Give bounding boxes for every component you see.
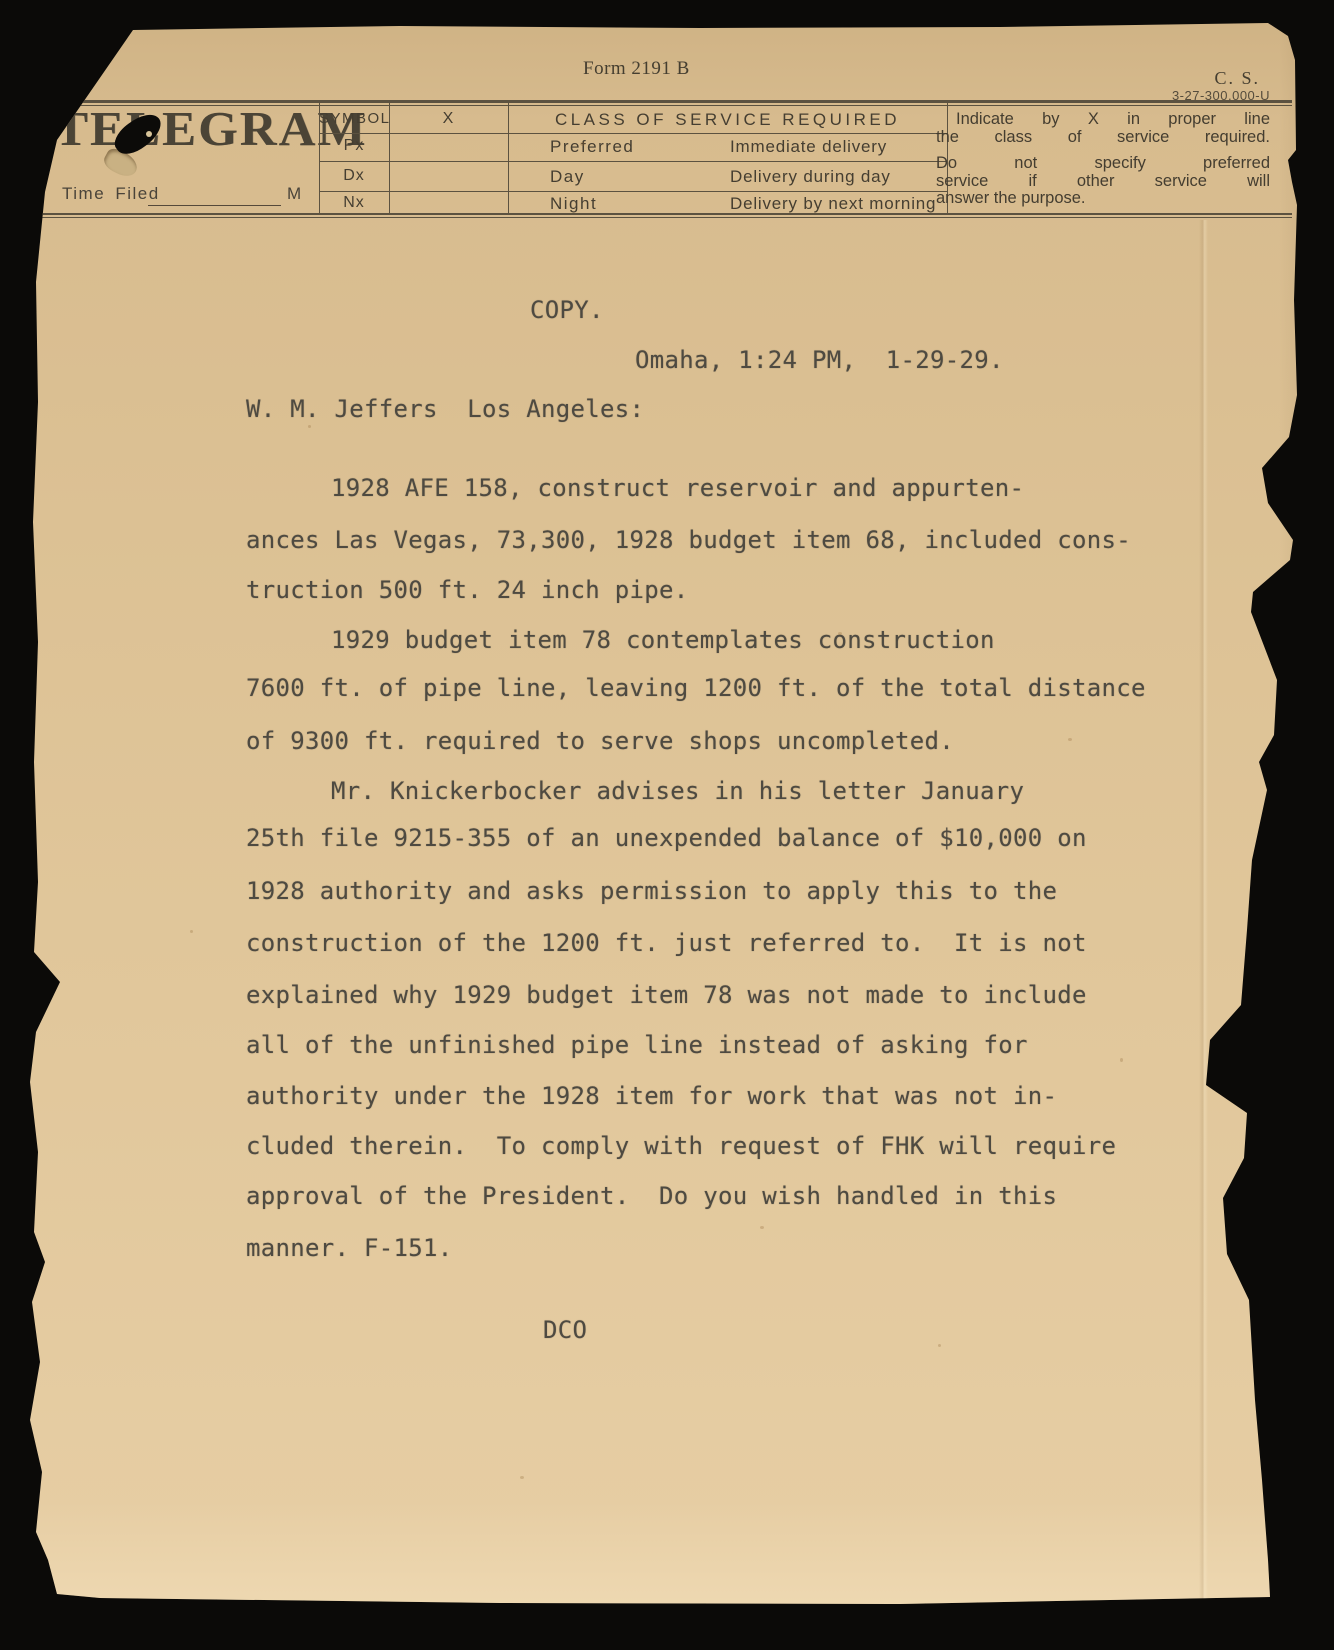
instruction-line: Do not specify preferred — [936, 155, 1270, 173]
class-of-service-abbrev: C. S. — [1150, 68, 1260, 89]
paper-fleck — [520, 1476, 524, 1479]
table-row-line-3 — [319, 191, 948, 192]
message-line: 1929 budget item 78 contemplates constru… — [331, 626, 995, 654]
message-line: all of the unfinished pipe line instead … — [246, 1031, 1028, 1059]
fold-crease — [1199, 220, 1208, 1600]
message-line: 1928 authority and asks permission to ap… — [246, 877, 1057, 905]
scan-background: Form 2191 B C. S. 3-27-300,000-U TELEGRA… — [0, 0, 1334, 1650]
symbol-column-header: SYMBOL — [319, 110, 389, 127]
paper-fleck — [1120, 1058, 1123, 1062]
paper-fleck — [1068, 738, 1072, 741]
instruction-line: service if other service will — [936, 173, 1270, 191]
message-line: of 9300 ft. required to serve shops unco… — [246, 727, 954, 755]
message-line: construction of the 1200 ft. just referr… — [246, 929, 1087, 957]
message-line: 1928 AFE 158, construct reservoir and ap… — [331, 474, 1024, 502]
symbol-cell-day: Dx — [319, 167, 389, 185]
time-filed-underline — [148, 205, 281, 206]
message-line: explained why 1929 budget item 78 was no… — [246, 981, 1087, 1009]
message-line: authority under the 1928 item for work t… — [246, 1082, 1057, 1110]
message-line-recipient: W. M. Jeffers Los Angeles: — [246, 395, 644, 423]
paper-fleck — [414, 545, 417, 549]
table-row-line-1 — [319, 133, 948, 134]
message-signature: DCO — [543, 1316, 587, 1344]
service-instructions: Indicate by X in proper line the class o… — [936, 111, 1270, 208]
paper-fleck — [760, 1226, 764, 1229]
bottom-rule-thin — [40, 217, 1292, 218]
message-line: Mr. Knickerbocker advises in his letter … — [331, 777, 1024, 805]
paper-fleck — [580, 142, 585, 146]
class-cell-night: Night — [550, 194, 597, 214]
time-filed-label: Time Filed — [62, 184, 160, 204]
message-line: 7600 ft. of pipe line, leaving 1200 ft. … — [246, 674, 1146, 702]
class-of-service-header: CLASS OF SERVICE REQUIRED — [508, 110, 947, 130]
instruction-line: the class of service required. — [936, 129, 1270, 147]
class-cell-day: Day — [550, 167, 585, 187]
time-filed-suffix: M — [287, 184, 301, 204]
paper-fleck — [938, 1344, 941, 1347]
bottom-rule-thick — [40, 213, 1292, 215]
paper-fleck — [308, 425, 311, 428]
punch-hole-speck — [146, 131, 152, 137]
class-cell-preferred: Preferred — [550, 137, 634, 157]
message-line-copy: COPY. — [530, 296, 604, 324]
telegram-paper: Form 2191 B C. S. 3-27-300,000-U TELEGRA… — [0, 0, 1334, 1650]
paper-fleck — [190, 930, 193, 933]
symbol-cell-preferred: Px — [319, 137, 389, 155]
message-line: cluded therein. To comply with request o… — [246, 1132, 1116, 1160]
message-line: approval of the President. Do you wish h… — [246, 1182, 1057, 1210]
message-line: ances Las Vegas, 73,300, 1928 budget ite… — [246, 526, 1131, 554]
message-line: 25th file 9215-355 of an unexpended bala… — [246, 824, 1087, 852]
message-line-dateline: Omaha, 1:24 PM, 1-29-29. — [635, 346, 1004, 374]
paper-fleck — [838, 632, 842, 635]
x-column-header: X — [389, 110, 508, 128]
message-line: manner. F-151. — [246, 1234, 453, 1262]
symbol-cell-night: Nx — [319, 194, 389, 212]
form-number: Form 2191 B — [583, 58, 690, 80]
instruction-line: answer the purpose. — [936, 190, 1270, 208]
message-line: truction 500 ft. 24 inch pipe. — [246, 576, 688, 604]
delivery-cell-preferred: Immediate delivery — [730, 137, 887, 157]
table-row-line-2 — [319, 161, 948, 162]
instruction-line: Indicate by X in proper line — [936, 111, 1270, 129]
delivery-cell-day: Delivery during day — [730, 167, 891, 187]
delivery-cell-night: Delivery by next morning — [730, 194, 936, 214]
